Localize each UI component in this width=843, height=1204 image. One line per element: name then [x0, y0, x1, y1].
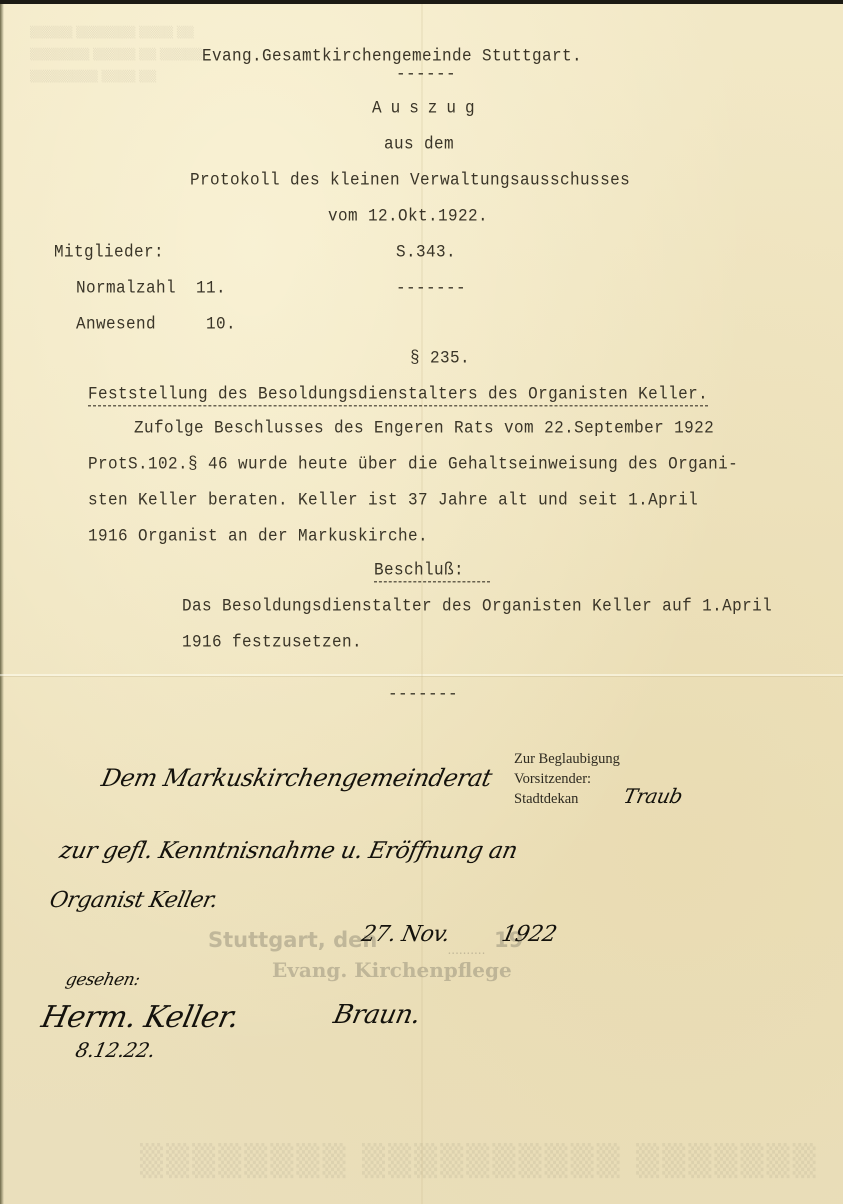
body-line-2: ProtS.102.§ 46 wurde heute über die Geha…: [88, 454, 738, 474]
certification-line-1: Zur Beglaubigung: [514, 750, 620, 769]
members-normal-value: 11.: [196, 278, 226, 298]
bleed-through-heading: ▒▒▒▒▒▒▒▒ ▒▒▒▒▒▒▒▒▒▒ ▒▒▒▒▒▒▒: [140, 1144, 819, 1179]
stamp-date-dots: ..........: [448, 946, 486, 956]
section-heading: Feststellung des Besoldungsdienstalters …: [88, 384, 708, 406]
handwritten-year: 1922: [499, 922, 558, 947]
section-number: § 235.: [410, 348, 470, 368]
organist-signature: Herm. Keller.: [38, 1000, 242, 1035]
organist-signature-date: 8.12.22.: [73, 1038, 157, 1062]
page-reference: S.343.: [396, 242, 456, 262]
body-line-4: 1916 Organist an der Markuskirche.: [88, 526, 428, 546]
certification-line-2: Vorsitzender:: [514, 770, 591, 789]
header-divider: ------: [396, 64, 456, 84]
page-edge-shadow: [0, 4, 4, 1204]
members-present-value: 10.: [206, 314, 236, 334]
document-page: ▒▒▒▒▒ ▒▒▒▒▒▒▒ ▒▒▒▒ ▒▒ ▒▒▒▒▒▒▒ ▒▒▒▒▒ ▒▒ ▒…: [0, 4, 843, 1204]
handwritten-addressee: Organist Keller.: [47, 888, 219, 913]
chairman-signature: Traub: [621, 784, 684, 808]
body-line-1: Zufolge Beschlusses des Engeren Rats vom…: [134, 418, 714, 438]
members-label: Mitglieder:: [54, 242, 164, 262]
document-title: Auszug: [372, 98, 484, 118]
body-line-3: sten Keller beraten. Keller ist 37 Jahre…: [88, 490, 698, 510]
resolution-line-2: 1916 festzusetzen.: [182, 632, 362, 652]
page-ref-divider: -------: [396, 278, 466, 298]
bleed-through-text: ▒▒▒▒▒▒▒▒ ▒▒▒▒ ▒▒: [30, 70, 156, 83]
closing-divider: -------: [388, 684, 458, 704]
handwritten-date: 27. Nov.: [359, 922, 452, 947]
resolution-label: Beschluß:: [374, 560, 490, 582]
stamp-place-date: Stuttgart, den: [208, 928, 377, 952]
protocol-date: vom 12.Okt.1922.: [328, 206, 488, 226]
document-subtitle: aus dem: [384, 134, 454, 154]
bleed-through-text: ▒▒▒▒▒ ▒▒▒▒▒▒▒ ▒▒▒▒ ▒▒: [30, 26, 194, 39]
handwritten-recipient: Dem Markuskirchengemeinderat: [99, 764, 494, 792]
members-normal-label: Normalzahl: [76, 278, 176, 298]
stamp-office: Evang. Kirchenpflege: [272, 958, 512, 982]
seen-label: gesehen:: [64, 970, 142, 990]
bleed-through-text: ▒▒▒▒▒▒▒ ▒▒▒▒▒ ▒▒ ▒▒▒▒▒: [30, 48, 202, 61]
resolution-line-1: Das Besoldungsdienstalter des Organisten…: [182, 596, 772, 616]
members-present-label: Anwesend: [76, 314, 156, 334]
certification-line-3: Stadtdekan: [514, 790, 578, 809]
organization-name: Evang.Gesamtkirchengemeinde Stuttgart.: [202, 46, 582, 66]
official-signature: Braun.: [331, 1000, 423, 1030]
handwritten-instruction: zur gefl. Kenntnisnahme u. Eröffnung an: [57, 838, 519, 864]
protocol-title: Protokoll des kleinen Verwaltungsausschu…: [190, 170, 630, 190]
